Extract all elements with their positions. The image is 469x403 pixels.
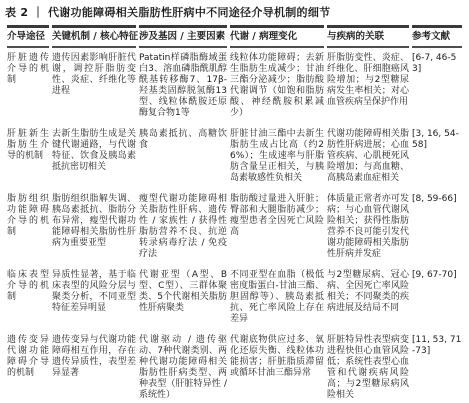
cell-pathway: 脂肪组织功能障碍介导的机制 bbox=[7, 189, 49, 265]
paper-table-figure: 表 2 ｜ 代谢功能障碍相关脂肪性肝病中不同途径介导机制的细节 介导途径 关键机… bbox=[0, 0, 469, 403]
cell-pathway: 临床表型介导的机制 bbox=[7, 265, 49, 330]
column-header-mechanism: 关键机制 / 核心特征 bbox=[52, 25, 136, 48]
column-header-changes: 代谢 / 病理变化 bbox=[230, 25, 324, 48]
cell-references: [3, 16, 54-58] bbox=[412, 124, 462, 189]
cell-changes: 脂肪酸过量进入肝脏；臀部和大腿脂肪减少；瘦型患者全因死亡风险高 bbox=[230, 189, 324, 265]
cell-genes: 瘦型代谢功能障碍相关脂肪性肝病、遗传性 / 家族性 / 获得性脂肪营养不良、抗逆… bbox=[139, 189, 227, 265]
table-row: 遗传变异代谢功能障碍介导的机制 遗传变异与代谢功能障碍相互作用，存在遗传异质性，… bbox=[7, 330, 462, 403]
cell-mechanism: 遗传因素影响肝脏代谢，调控肝脂肪变性、炎症、纤维化等进程 bbox=[52, 48, 136, 124]
cell-genes: Patatin样磷脂酶域蛋白3、溶血磷脂酰肌醇酰基转移酶7、17β-羟基类固醇脱… bbox=[139, 48, 227, 124]
table-row: 肝脏新生脂肪生介导的机制 去新生脂肪生成是关键代谢通路，与代谢特征、饮食及胰岛素… bbox=[7, 124, 462, 189]
column-header-association: 与疾病的关联 bbox=[327, 25, 409, 48]
table-row: 脂肪组织功能障碍介导的机制 脂肪组织脂解失调、胰岛素抵抗、脂肪分布异常，瘦型代谢… bbox=[7, 189, 462, 265]
cell-references: [11, 53, 71-73] bbox=[412, 330, 462, 403]
cell-genes: 胰岛素抵抗、高糖饮食 bbox=[139, 124, 227, 189]
column-header-references: 参考文献 bbox=[412, 25, 462, 48]
cell-association: 肝脏特异性表型病变进程快但心血管风险低；系统性表型心血管和代谢疾病风险高；与2型… bbox=[327, 330, 409, 403]
cell-mechanism: 遗传变异与代谢功能障碍相互作用，存在遗传异质性，表型差异显著 bbox=[52, 330, 136, 403]
cell-changes: 线粒体功能障碍；去新生脂肪生成减少；甘油三酯分泌减少；脂肪酸代谢调节（如饱和脂肪… bbox=[230, 48, 324, 124]
column-header-pathway: 介导途径 bbox=[7, 25, 49, 48]
table-title: 表 2 ｜ 代谢功能障碍相关脂肪性肝病中不同途径介导机制的细节 bbox=[4, 3, 465, 25]
cell-association: 代谢功能障碍相关脂肪性肝病进展；心血管疾病、心肌梗死风险增加；与高血糖、高胰岛素… bbox=[327, 124, 409, 189]
cell-references: [6-7, 46-53] bbox=[412, 48, 462, 124]
cell-association: 体质量正常者亦可发病；与心血管代谢风险相关；获得性脂肪营养不良可能引发代谢功能障… bbox=[327, 189, 409, 265]
table-row: 临床表型介导的机制 异质性显著，基于临床表型的风险分层与聚类分析，不同亚型特征差… bbox=[7, 265, 462, 330]
cell-references: [9, 67-70] bbox=[412, 265, 462, 330]
table-row: 肝脏遗传介导的机制 遗传因素影响肝脏代谢，调控肝脂肪变性、炎症、纤维化等进程 P… bbox=[7, 48, 462, 124]
column-header-genes: 涉及基因 / 主要因素 bbox=[139, 25, 227, 48]
cell-association: 与2型糖尿病、冠心病、全因死亡率风险相关；不同聚类的疾病进展及结局不同 bbox=[327, 265, 409, 330]
cell-mechanism: 脂肪组织脂解失调、胰岛素抵抗、脂肪分布异常，瘦型代谢功能障碍相关脂肪性肝病为重要… bbox=[52, 189, 136, 265]
cell-pathway: 肝脏遗传介导的机制 bbox=[7, 48, 49, 124]
mechanism-table: 介导途径 关键机制 / 核心特征 涉及基因 / 主要因素 代谢 / 病理变化 与… bbox=[4, 25, 465, 403]
cell-association: 肝脂肪变性、炎症、纤维化、肝细胞癌风险增加；与2型糖尿病发生率相关；对心血管疾病… bbox=[327, 48, 409, 124]
cell-changes: 肝脏甘油三酯中去新生脂肪生成占比高（约26%）；生成速率与肝脂肪含量呈正相关，与… bbox=[230, 124, 324, 189]
cell-changes: 不同亚型在血脂（极低密度脂蛋白-甘油三酯、胆固醇等）、胰岛素抵抗、死亡率风险上存… bbox=[230, 265, 324, 330]
cell-changes: 代谢底物供应过多、氧化还原失衡、线粒体功能损害；肝脏脂质滞留或循环甘油三酯异常 bbox=[230, 330, 324, 403]
cell-mechanism: 去新生脂肪生成是关键代谢通路，与代谢特征、饮食及胰岛素抵抗密切相关 bbox=[52, 124, 136, 189]
cell-references: [8, 59-66] bbox=[412, 189, 462, 265]
cell-pathway: 肝脏新生脂肪生介导的机制 bbox=[7, 124, 49, 189]
cell-mechanism: 异质性显著，基于临床表型的风险分层与聚类分析，不同亚型特征差异明显 bbox=[52, 265, 136, 330]
cell-pathway: 遗传变异代谢功能障碍介导的机制 bbox=[7, 330, 49, 403]
table-header-row: 介导途径 关键机制 / 核心特征 涉及基因 / 主要因素 代谢 / 病理变化 与… bbox=[7, 25, 462, 48]
cell-genes: 代谢亚型（A型、B型、C型）、三群体聚类、5个代谢相关脂肪性肝病聚类 bbox=[139, 265, 227, 330]
cell-genes: 代谢驱动 / 遗传驱动、7种代谢类别、两种代谢功能障碍相关脂肪性肝病类型、两种表… bbox=[139, 330, 227, 403]
